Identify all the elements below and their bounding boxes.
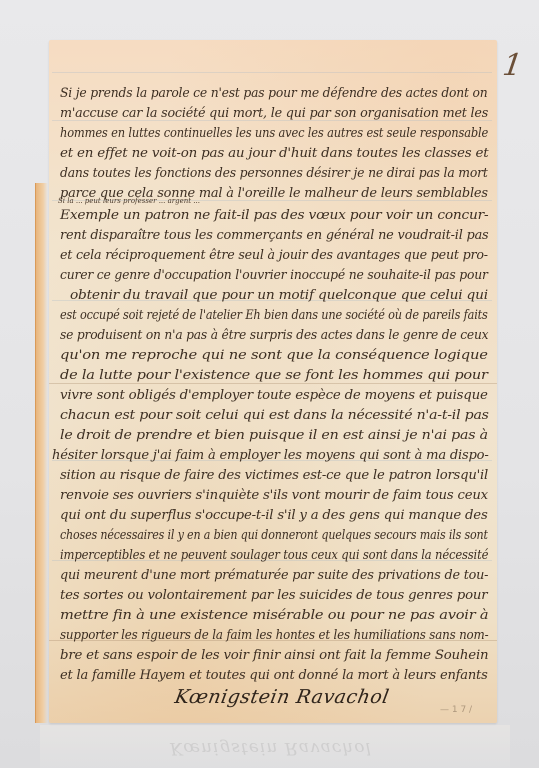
text-line: le droit de prendre et bien puisque il e… bbox=[60, 428, 488, 443]
archive-mark: — 1 7 / bbox=[440, 705, 472, 715]
text-line: bre et sans espoir de les voir finir ain… bbox=[60, 648, 488, 663]
text-line: tes sortes ou volontairement par les sui… bbox=[60, 588, 487, 603]
text-line: renvoie ses ouvriers s'inquiète s'ils vo… bbox=[60, 488, 488, 503]
text-line: parce que cela sonne mal à l'oreille le … bbox=[60, 186, 488, 201]
text-line: vivre sont obligés d'employer toute espè… bbox=[60, 388, 488, 403]
text-line: sition au risque de faire des victimes e… bbox=[60, 468, 488, 483]
ruled-line bbox=[52, 72, 492, 73]
text-line: hommes en luttes continuelles les uns av… bbox=[60, 126, 488, 141]
text-line: se produisent on n'a pas à être surpris … bbox=[60, 328, 488, 343]
text-line: Exemple un patron ne fait-il pas des vœu… bbox=[60, 208, 488, 223]
text-line: dans toutes les fonctions des personnes … bbox=[60, 166, 488, 181]
text-line: supporter les rigueurs de la faim les ho… bbox=[60, 628, 488, 643]
text-line: hésiter lorsque j'ai faim à employer les… bbox=[52, 448, 489, 463]
text-line: et cela réciproquement être seul à jouir… bbox=[60, 248, 488, 263]
text-line: choses nécessaires il y en a bien qui do… bbox=[60, 528, 488, 543]
text-line: m'accuse car la société qui mort, le qui… bbox=[60, 106, 488, 121]
text-line: mettre fin à une existence misérable ou … bbox=[60, 608, 488, 623]
text-line: imperceptibles et ne peuvent soulager to… bbox=[60, 548, 488, 563]
text-line: qui meurent d'une mort prématurée par su… bbox=[60, 568, 488, 583]
text-line: qu'on me reproche qui ne sont que la con… bbox=[60, 348, 488, 363]
text-line: curer ce genre d'occupation l'ouvrier in… bbox=[60, 268, 488, 283]
text-line: chacun est pour soit celui qui est dans … bbox=[60, 408, 489, 423]
signature: Kœnigstein Ravachol bbox=[173, 686, 391, 708]
signature-reflection: Kœnigstein Ravachol bbox=[170, 738, 372, 758]
paper-folded-edge bbox=[35, 183, 48, 723]
page-number: 1 bbox=[501, 48, 525, 83]
text-line: obtenir du travail que pour un motif que… bbox=[70, 288, 488, 303]
text-line: qui ont du superflus s'occupe-t-il s'il … bbox=[60, 508, 488, 523]
text-line: est occupé soit rejeté de l'atelier Eh b… bbox=[60, 308, 488, 323]
text-line: et en effet ne voit-on pas au jour d'hui… bbox=[60, 146, 488, 161]
text-line: rent disparaître tous les commerçants en… bbox=[60, 228, 488, 243]
paper-fold-crease bbox=[49, 383, 497, 384]
text-line: Si je prends la parole ce n'est pas pour… bbox=[60, 86, 488, 101]
text-line: et la famille Hayem et toutes qui ont do… bbox=[60, 668, 488, 683]
text-line: de la lutte pour l'existence que se font… bbox=[60, 368, 488, 383]
